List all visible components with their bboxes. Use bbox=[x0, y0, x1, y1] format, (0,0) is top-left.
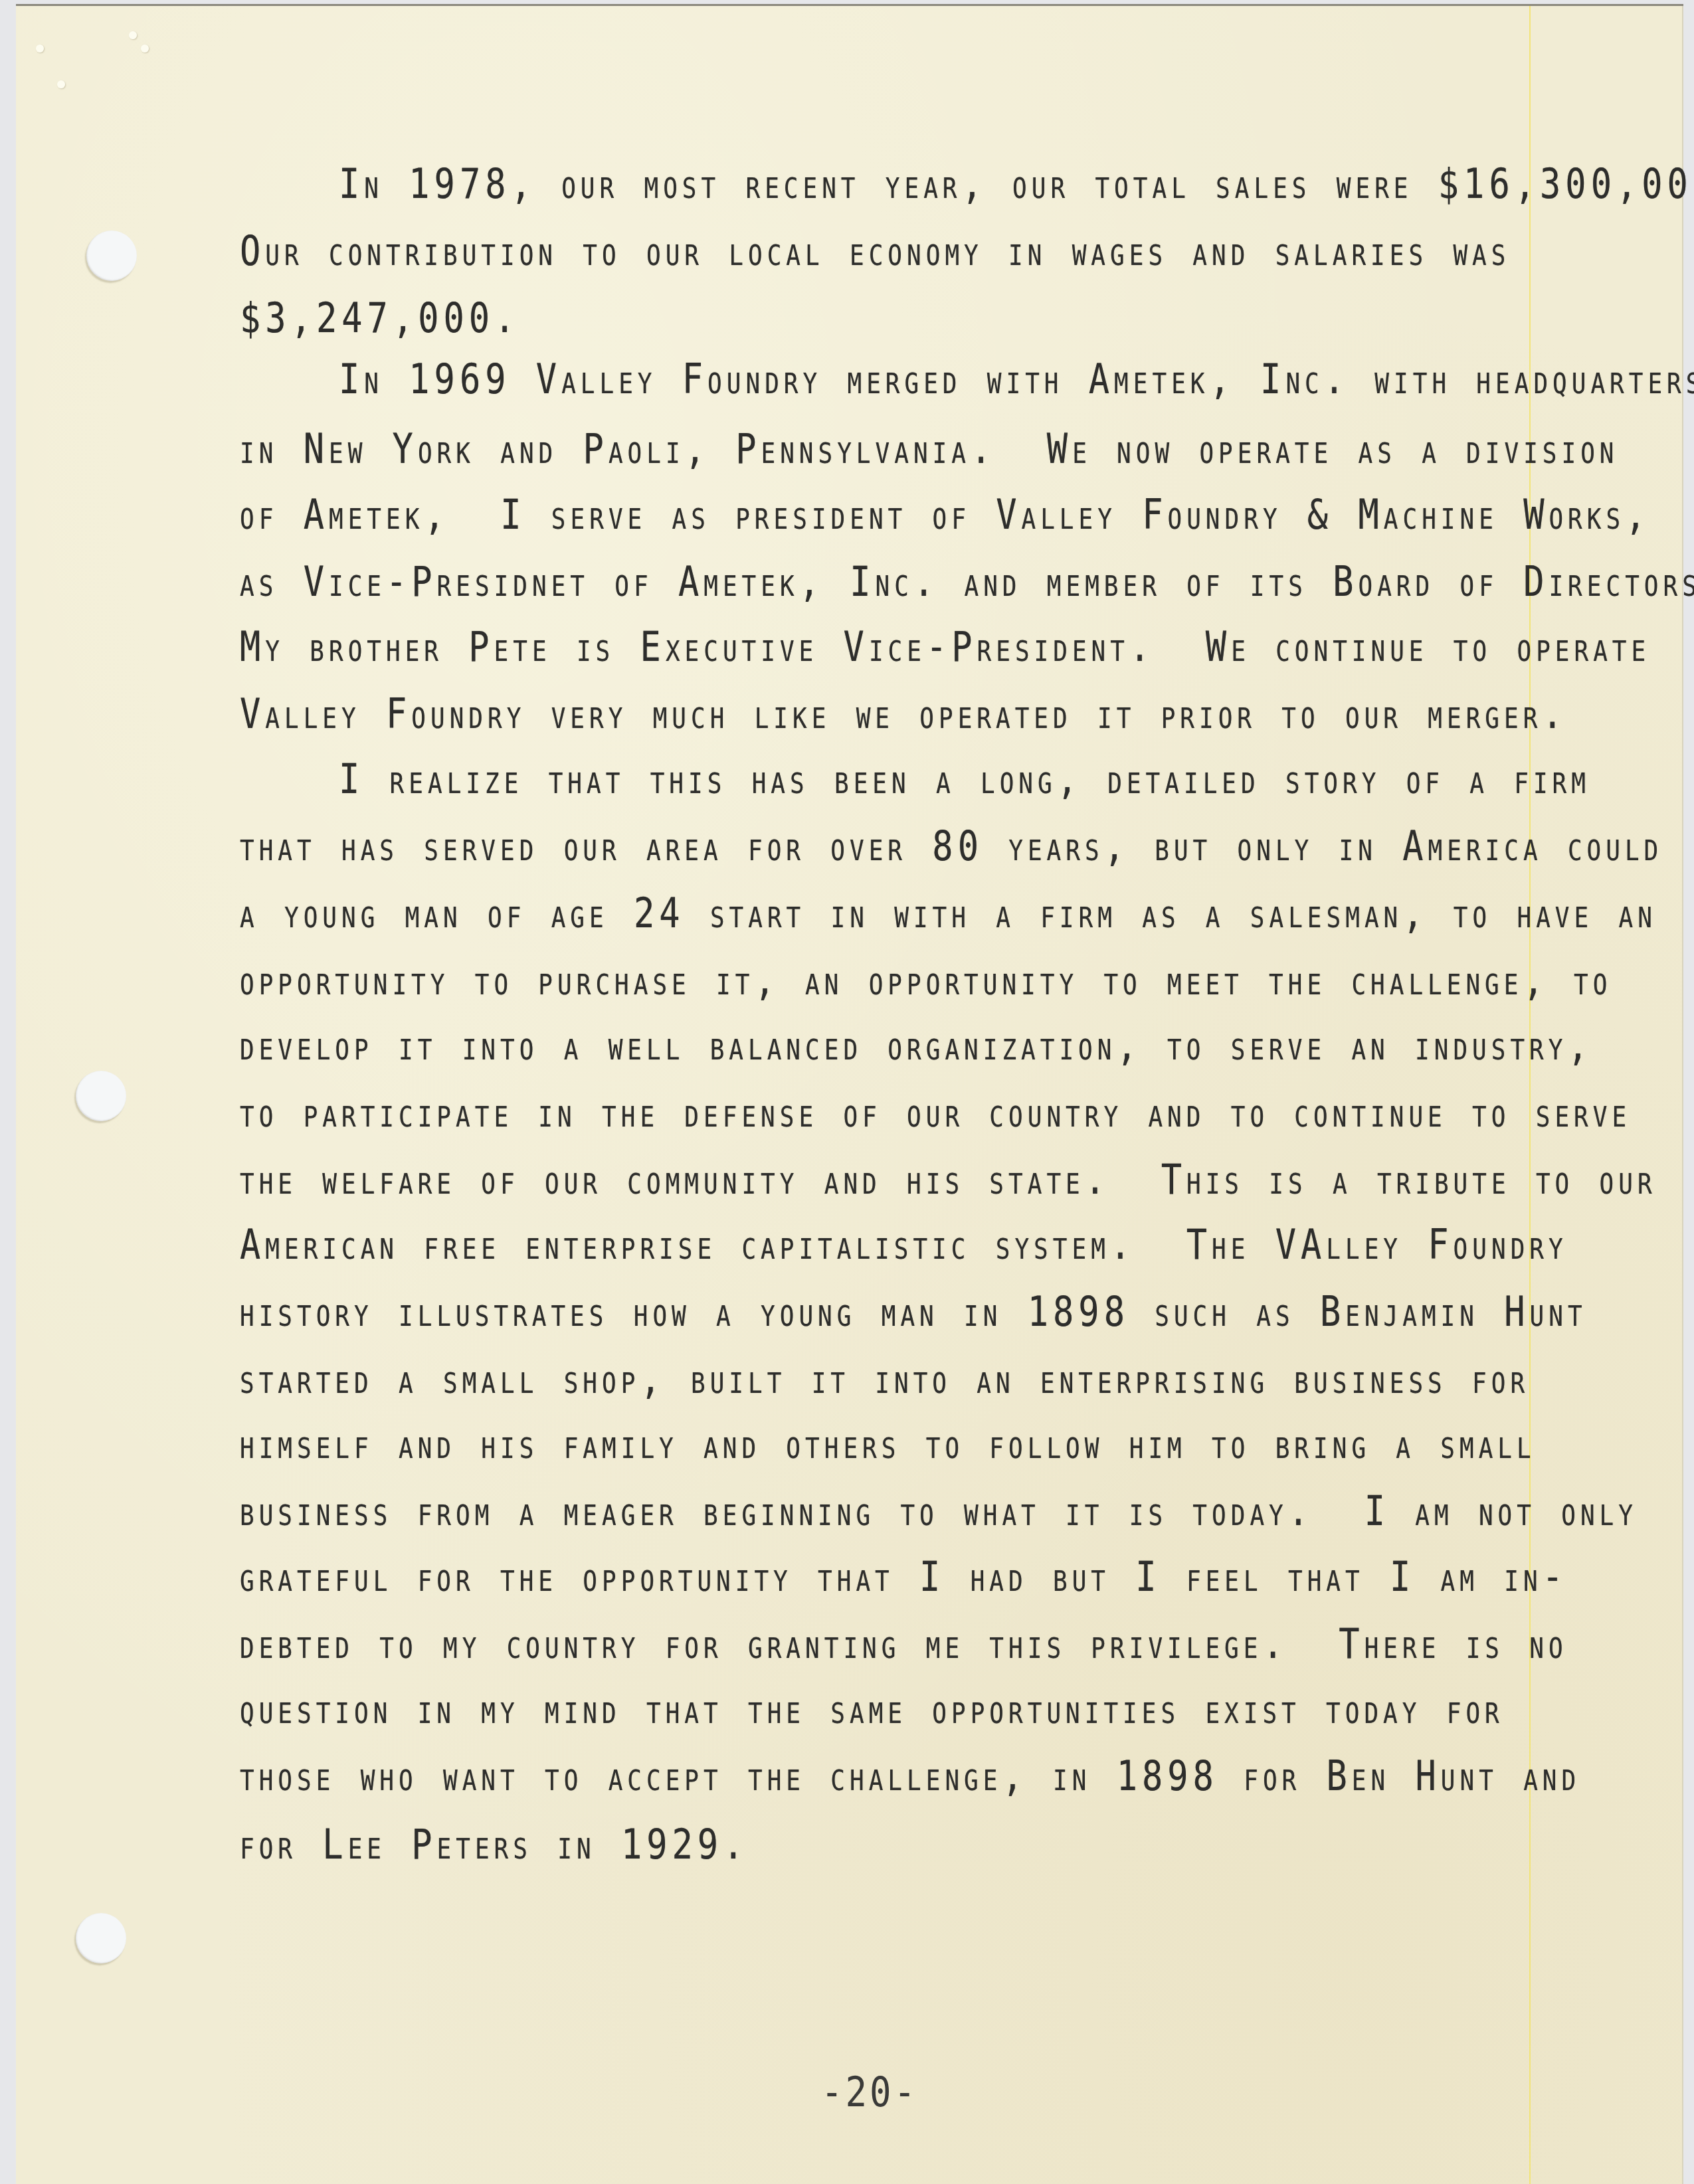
paragraph-3-line-2: that has served our area for over 80 yea… bbox=[240, 826, 1663, 867]
paragraph-3-line-7: the welfare of our community and his sta… bbox=[240, 1160, 1657, 1201]
paragraph-3-line-11: himself and his family and others to fol… bbox=[240, 1424, 1536, 1465]
paragraph-3-line-9: history illustrates how a young man in 1… bbox=[240, 1292, 1587, 1333]
paper-blemish bbox=[129, 31, 137, 39]
paragraph-2-line-4: as Vice-Presidnet of Ametek, Inc. and me… bbox=[240, 562, 1694, 603]
paragraph-2-line-3: of Ametek, I serve as president of Valle… bbox=[240, 495, 1650, 536]
paragraph-2-line-5: My brother Pete is Executive Vice-Presid… bbox=[240, 627, 1650, 668]
paragraph-3-line-4: opportunity to purchase it, an opportuni… bbox=[240, 960, 1612, 1002]
paragraph-3-line-8: American free enterprise capitalistic sy… bbox=[240, 1225, 1568, 1266]
paragraph-1-line-1: In 1978, our most recent year, our total… bbox=[339, 164, 1694, 205]
punch-hole-top bbox=[86, 230, 137, 281]
paragraph-3-line-3: a young man of age 24 start in with a fi… bbox=[240, 893, 1657, 935]
page-number: -20- bbox=[821, 2072, 918, 2113]
paragraph-1-line-2: Our contribution to our local economy in… bbox=[240, 231, 1510, 272]
paragraph-3-line-16: those who want to accept the challenge, … bbox=[240, 1756, 1580, 1797]
paragraph-2-line-1: In 1969 Valley Foundry merged with Amete… bbox=[339, 359, 1694, 401]
paragraph-3-line-6: to participate in the defense of our cou… bbox=[240, 1093, 1631, 1134]
paragraph-2-line-2: in New York and Paoli, Pennsylvania. We … bbox=[240, 429, 1619, 470]
paragraph-3-line-1: I realize that this has been a long, det… bbox=[339, 759, 1590, 800]
punch-hole-bottom bbox=[76, 1913, 126, 1963]
paragraph-2-line-6: Valley Foundry very much like we operate… bbox=[240, 694, 1568, 735]
document-page: In 1978, our most recent year, our total… bbox=[16, 4, 1683, 2184]
paragraph-3-line-10: started a small shop, built it into an e… bbox=[240, 1359, 1529, 1400]
paper-blemish bbox=[57, 80, 65, 88]
paper-blemish bbox=[36, 45, 44, 52]
paragraph-3-line-5: develop it into a well balanced organiza… bbox=[240, 1026, 1593, 1067]
paragraph-3-line-15: question in my mind that the same opport… bbox=[240, 1689, 1504, 1730]
paragraph-3-line-17: for Lee Peters in 1929. bbox=[240, 1825, 748, 1866]
paragraph-1-line-3: $3,247,000. bbox=[240, 298, 519, 339]
paragraph-3-line-13: grateful for the opportunity that I had … bbox=[240, 1557, 1568, 1598]
paragraph-3-line-14: debted to my country for granting me thi… bbox=[240, 1624, 1568, 1665]
paper-blemish bbox=[141, 45, 149, 52]
punch-hole-middle bbox=[76, 1071, 126, 1121]
paragraph-3-line-12: business from a meager beginning to what… bbox=[240, 1491, 1638, 1532]
